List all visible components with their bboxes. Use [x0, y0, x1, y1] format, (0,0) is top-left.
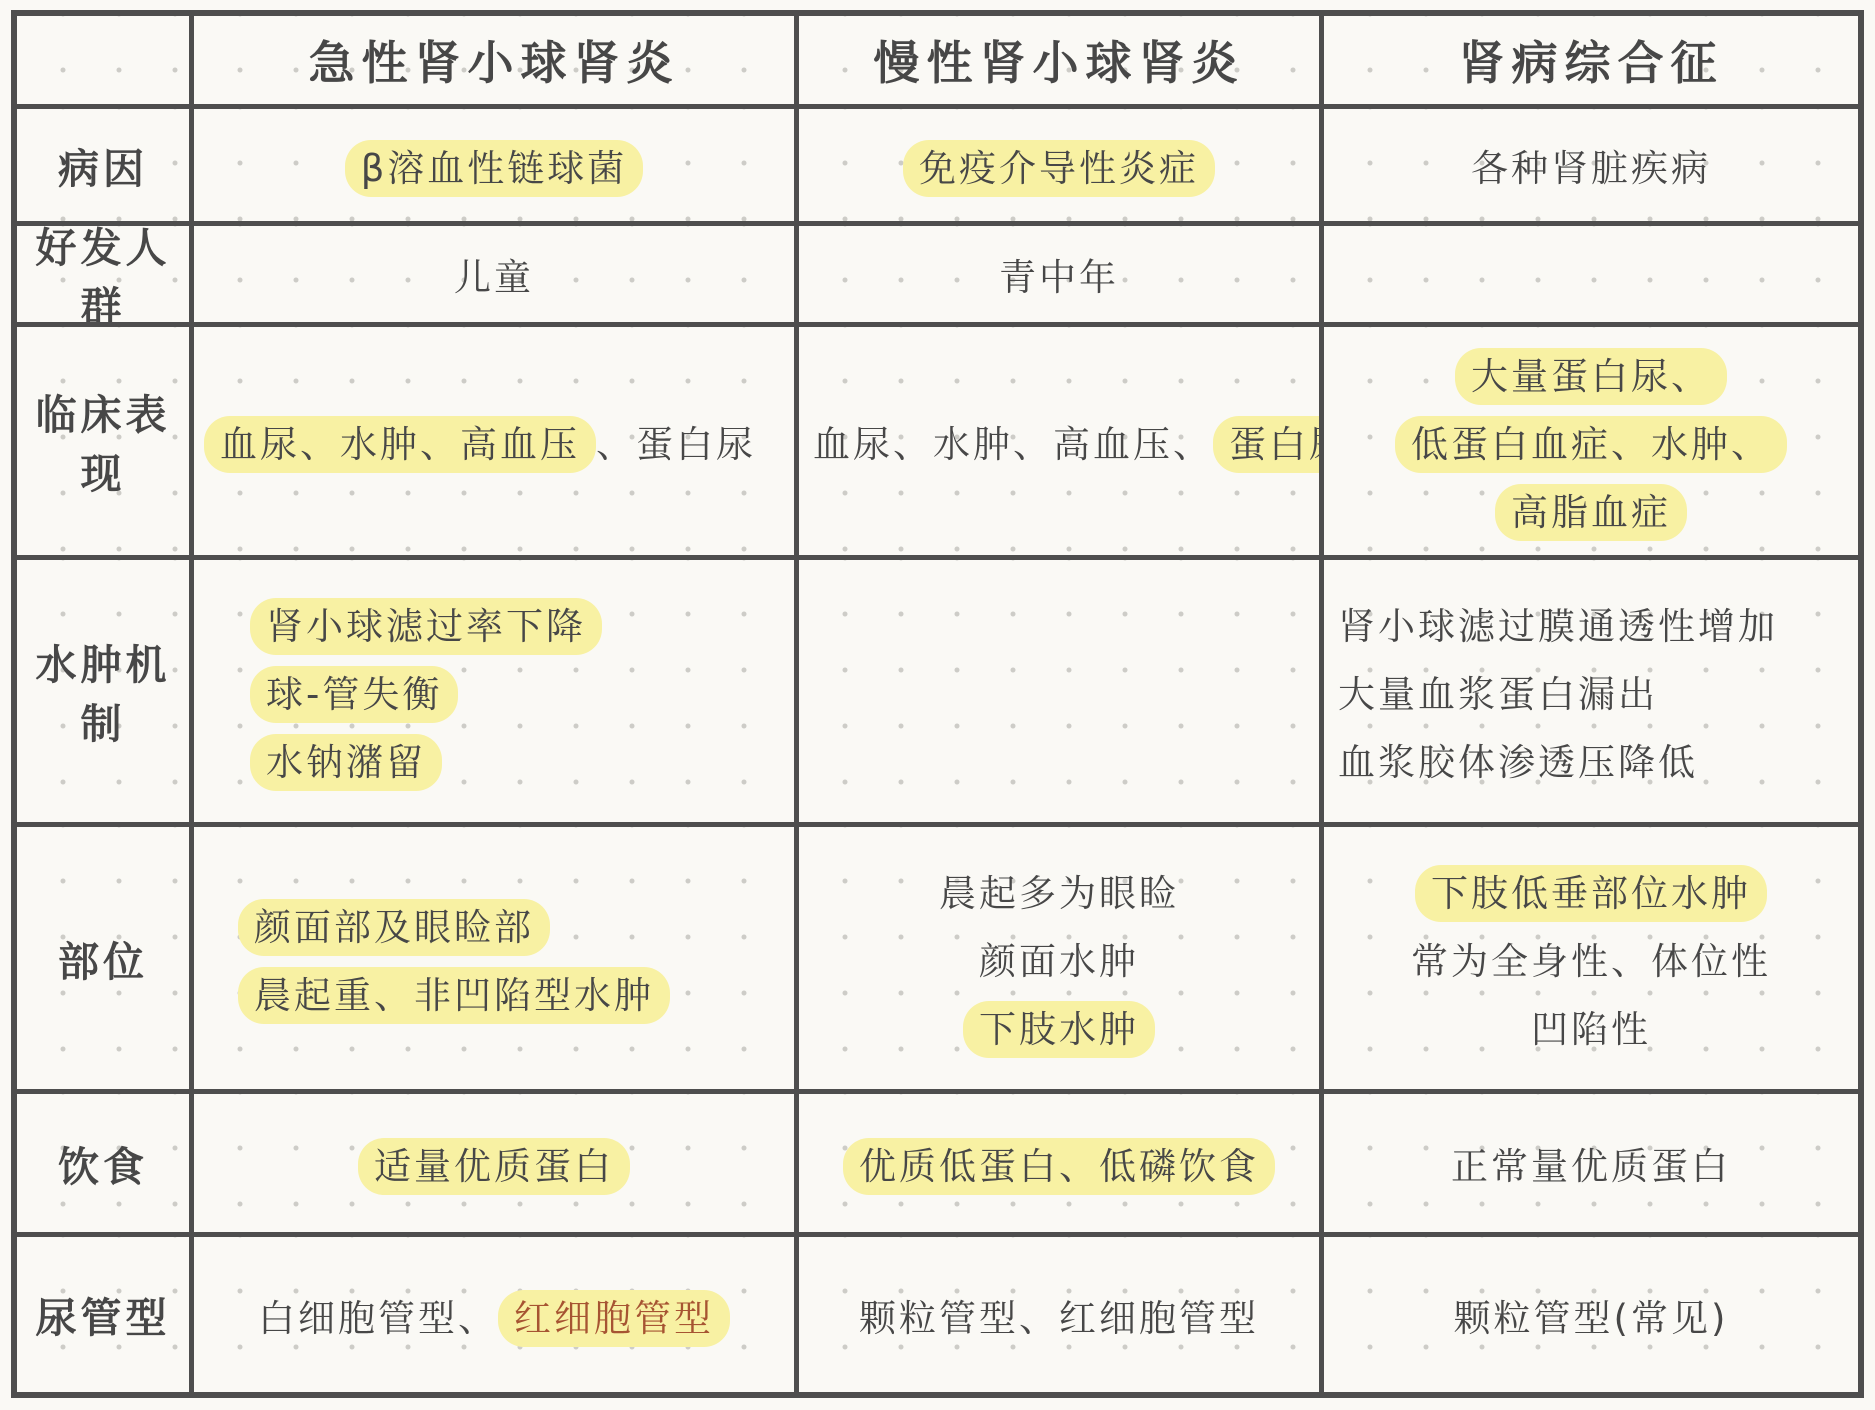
text-segment: 血尿、水肿、高血压 [204, 416, 596, 473]
text-segment: 下肢水肿 [963, 1001, 1155, 1058]
cell-line: 颗粒管型(常见) [1454, 1288, 1729, 1342]
text-segment: 白细胞管型、 [258, 1297, 498, 1340]
comparison-table: 急性肾小球肾炎慢性肾小球肾炎肾病综合征病因β溶血性链球菌免疫介导性炎症各种肾脏疾… [11, 10, 1864, 1398]
row-label: 临床表现 [17, 327, 189, 555]
text-segment: 颗粒管型、红细胞管型 [859, 1297, 1259, 1340]
cell-line: 球-管失衡 [250, 664, 458, 718]
text-segment: 青中年 [999, 256, 1119, 299]
table-cell: 免疫介导性炎症 [799, 109, 1319, 221]
text-segment: 晨起重、非凹陷型水肿 [238, 967, 670, 1024]
cell-line: β溶血性链球菌 [345, 138, 644, 192]
text-segment: 蛋白尿 [1213, 416, 1319, 473]
cell-line: 水钠潴留 [250, 732, 442, 786]
cell-line: 儿童 [454, 247, 534, 301]
cell-line: 正常量优质蛋白 [1451, 1136, 1731, 1190]
text-segment: 凹陷性 [1531, 1008, 1651, 1051]
cell-line: 颜面水肿 [979, 931, 1139, 985]
table-cell: 血尿、水肿、高血压、蛋白尿 [799, 327, 1319, 555]
table-cell: 优质低蛋白、低磷饮食 [799, 1094, 1319, 1232]
cell-line: 白细胞管型、红细胞管型 [258, 1288, 730, 1342]
text-segment: 肾小球滤过膜通透性增加 [1338, 605, 1778, 648]
cell-line: 凹陷性 [1531, 999, 1651, 1053]
table-cell: 肾小球滤过率下降球-管失衡水钠潴留 [194, 560, 794, 822]
row-label: 尿管型 [17, 1237, 189, 1392]
text-segment: 血浆胶体渗透压降低 [1338, 741, 1698, 784]
row-label: 部位 [17, 827, 189, 1089]
text-segment: 颜面部及眼睑部 [238, 899, 550, 956]
cell-line: 青中年 [999, 247, 1119, 301]
text-segment: 晨起多为眼睑 [939, 872, 1179, 915]
column-header: 急性肾小球肾炎 [194, 16, 794, 104]
text-segment: 低蛋白血症、水肿、 [1395, 416, 1787, 473]
text-segment: 下肢低垂部位水肿 [1415, 865, 1767, 922]
text-segment: 红细胞管型 [498, 1290, 730, 1347]
text-segment: 优质低蛋白、低磷饮食 [843, 1138, 1275, 1195]
text-segment: 血尿、水肿、高血压、 [813, 423, 1213, 466]
cell-line: 下肢低垂部位水肿 [1415, 863, 1767, 917]
text-segment: 大量蛋白尿、 [1455, 348, 1727, 405]
table-cell: 晨起多为眼睑颜面水肿下肢水肿 [799, 827, 1319, 1089]
cell-line: 免疫介导性炎症 [903, 138, 1215, 192]
cell-line: 晨起多为眼睑 [939, 863, 1179, 917]
text-segment: 儿童 [454, 256, 534, 299]
text-segment: 颗粒管型(常见) [1454, 1297, 1729, 1340]
text-segment: 各种肾脏疾病 [1471, 147, 1711, 190]
cell-line: 肾小球滤过膜通透性增加 [1338, 596, 1778, 650]
column-header: 慢性肾小球肾炎 [799, 16, 1319, 104]
corner-cell [17, 16, 189, 104]
table-cell: 血尿、水肿、高血压、蛋白尿 [194, 327, 794, 555]
cell-line: 颗粒管型、红细胞管型 [859, 1288, 1259, 1342]
cell-line: 大量蛋白尿、 [1455, 346, 1727, 400]
table-cell: 正常量优质蛋白 [1324, 1094, 1858, 1232]
notebook-page: 急性肾小球肾炎慢性肾小球肾炎肾病综合征病因β溶血性链球菌免疫介导性炎症各种肾脏疾… [0, 0, 1875, 1410]
table-cell: β溶血性链球菌 [194, 109, 794, 221]
row-label: 水肿机制 [17, 560, 189, 822]
cell-line: 下肢水肿 [963, 999, 1155, 1053]
table-cell: 青中年 [799, 226, 1319, 322]
cell-line: 肾小球滤过率下降 [250, 596, 602, 650]
cell-line: 大量血浆蛋白漏出 [1338, 664, 1658, 718]
table-cell: 儿童 [194, 226, 794, 322]
cell-line: 高脂血症 [1495, 482, 1687, 536]
table-cell: 肾小球滤过膜通透性增加大量血浆蛋白漏出血浆胶体渗透压降低 [1324, 560, 1858, 822]
text-segment: 肾小球滤过率下降 [250, 598, 602, 655]
text-segment: 正常量优质蛋白 [1451, 1145, 1731, 1188]
text-segment: 大量血浆蛋白漏出 [1338, 673, 1658, 716]
row-label: 饮食 [17, 1094, 189, 1232]
table-cell: 适量优质蛋白 [194, 1094, 794, 1232]
table-cell: 下肢低垂部位水肿常为全身性、体位性凹陷性 [1324, 827, 1858, 1089]
row-label: 好发人群 [17, 226, 189, 322]
text-segment: 水钠潴留 [250, 734, 442, 791]
table-cell: 各种肾脏疾病 [1324, 109, 1858, 221]
cell-line: 血浆胶体渗透压降低 [1338, 732, 1698, 786]
cell-line: 血尿、水肿、高血压、蛋白尿 [813, 414, 1319, 468]
column-header: 肾病综合征 [1324, 16, 1858, 104]
text-segment: 高脂血症 [1495, 484, 1687, 541]
cell-line: 各种肾脏疾病 [1471, 138, 1711, 192]
table-cell: 颗粒管型(常见) [1324, 1237, 1858, 1392]
cell-line: 血尿、水肿、高血压、蛋白尿 [204, 414, 756, 468]
table-cell [1324, 226, 1858, 322]
table-cell: 白细胞管型、红细胞管型 [194, 1237, 794, 1392]
table-cell: 颜面部及眼睑部晨起重、非凹陷型水肿 [194, 827, 794, 1089]
text-segment: 、蛋白尿 [596, 423, 756, 466]
cell-line: 颜面部及眼睑部 [238, 897, 550, 951]
text-segment: 常为全身性、体位性 [1411, 940, 1771, 983]
table-cell: 大量蛋白尿、低蛋白血症、水肿、高脂血症 [1324, 327, 1858, 555]
text-segment: 颜面水肿 [979, 940, 1139, 983]
cell-line: 低蛋白血症、水肿、 [1395, 414, 1787, 468]
table-cell [799, 560, 1319, 822]
text-segment: 球-管失衡 [250, 666, 458, 723]
cell-line: 优质低蛋白、低磷饮食 [843, 1136, 1275, 1190]
text-segment: 免疫介导性炎症 [903, 140, 1215, 197]
cell-line: 晨起重、非凹陷型水肿 [238, 965, 670, 1019]
text-segment: β溶血性链球菌 [345, 140, 644, 197]
row-label: 病因 [17, 109, 189, 221]
text-segment: 适量优质蛋白 [358, 1138, 630, 1195]
cell-line: 常为全身性、体位性 [1411, 931, 1771, 985]
cell-line: 适量优质蛋白 [358, 1136, 630, 1190]
table-cell: 颗粒管型、红细胞管型 [799, 1237, 1319, 1392]
